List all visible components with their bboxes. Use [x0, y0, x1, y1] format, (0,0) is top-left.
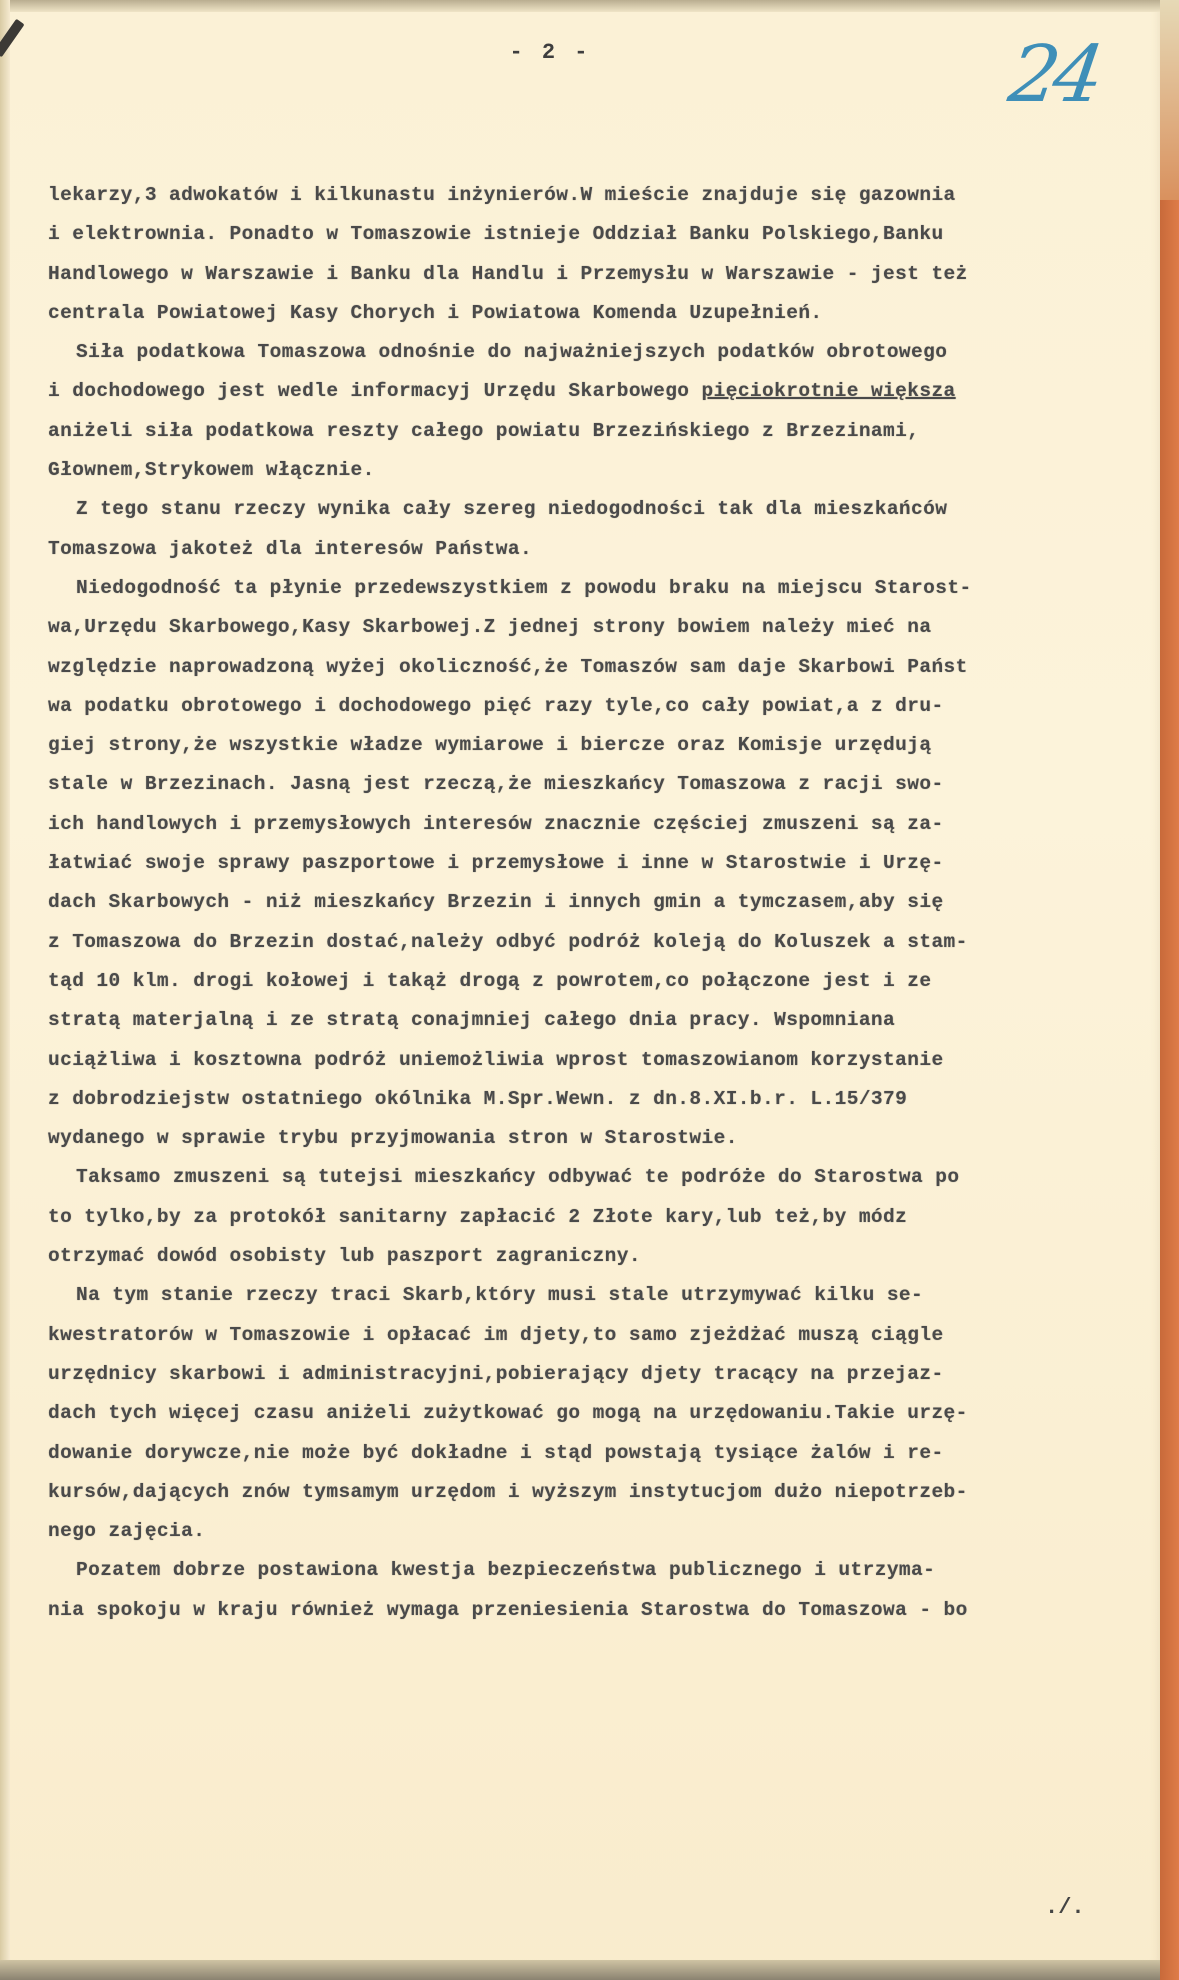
text-line-content: urzędnicy skarbowi i administracyjni,pob…	[48, 1363, 944, 1385]
text-line-content: i elektrownia. Ponadto w Tomaszowie istn…	[48, 223, 944, 245]
text-line: uciążliwa i kosztowna podróż uniemożliwi…	[48, 1041, 1148, 1080]
text-line-content: nego zajęcia.	[48, 1520, 205, 1542]
text-line: z Tomaszowa do Brzezin dostać,należy odb…	[48, 923, 1148, 962]
text-line-content: Głownem,Strykowem włącznie.	[48, 459, 375, 481]
text-line: Głownem,Strykowem włącznie.	[48, 451, 1148, 490]
typewritten-body: lekarzy,3 adwokatów i kilkunastu inżynie…	[48, 176, 1148, 1630]
text-line: lekarzy,3 adwokatów i kilkunastu inżynie…	[48, 176, 1148, 215]
text-line-content: centrala Powiatowej Kasy Chorych i Powia…	[48, 302, 823, 324]
text-line-content: z dobrodziejstw ostatniego okólnika M.Sp…	[48, 1088, 907, 1110]
text-line: Na tym stanie rzeczy traci Skarb,który m…	[48, 1276, 1148, 1315]
text-line-content: Taksamo zmuszeni są tutejsi mieszkańcy o…	[76, 1166, 959, 1188]
text-line: urzędnicy skarbowi i administracyjni,pob…	[48, 1355, 1148, 1394]
text-line: względzie naprowadzoną wyżej okoliczność…	[48, 648, 1148, 687]
text-line-content: uciążliwa i kosztowna podróż uniemożliwi…	[48, 1049, 944, 1071]
text-line-content: stratą materjalną i ze stratą conajmniej…	[48, 1009, 895, 1031]
text-line-content: względzie naprowadzoną wyżej okoliczność…	[48, 656, 968, 678]
text-line: dach tych więcej czasu aniżeli zużytkowa…	[48, 1394, 1148, 1433]
page-binding-edge	[0, 0, 10, 1980]
text-line: wa,Urzędu Skarbowego,Kasy Skarbowej.Z je…	[48, 608, 1148, 647]
text-line-content: i dochodowego jest wedle informacyj Urzę…	[48, 380, 702, 402]
text-line-content: wa podatku obrotowego i dochodowego pięć…	[48, 695, 944, 717]
text-line-content: z Tomaszowa do Brzezin dostać,należy odb…	[48, 931, 968, 953]
text-line: wydanego w sprawie trybu przyjmowania st…	[48, 1119, 1148, 1158]
text-line-content: dach tych więcej czasu aniżeli zużytkowa…	[48, 1402, 968, 1424]
text-line: kwestratorów w Tomaszowie i opłacać im d…	[48, 1316, 1148, 1355]
text-line-content: kwestratorów w Tomaszowie i opłacać im d…	[48, 1324, 944, 1346]
text-line: Z tego stanu rzeczy wynika cały szereg n…	[48, 490, 1148, 529]
page-bottom-edge	[0, 1960, 1160, 1980]
folder-edge-top	[1160, 0, 1179, 200]
text-line-content: Na tym stanie rzeczy traci Skarb,który m…	[76, 1284, 923, 1306]
text-line: i dochodowego jest wedle informacyj Urzę…	[48, 372, 1148, 411]
text-line-content: Siła podatkowa Tomaszowa odnośnie do naj…	[76, 341, 947, 363]
text-line-content: lekarzy,3 adwokatów i kilkunastu inżynie…	[48, 184, 956, 206]
text-line: centrala Powiatowej Kasy Chorych i Powia…	[48, 294, 1148, 333]
text-line: stale w Brzezinach. Jasną jest rzeczą,że…	[48, 765, 1148, 804]
text-line-content: kursów,dających znów tymsamym urzędom i …	[48, 1481, 968, 1503]
page-number: - 2 -	[505, 40, 595, 65]
text-line: kursów,dających znów tymsamym urzędom i …	[48, 1473, 1148, 1512]
text-line-content: dowanie dorywcze,nie może być dokładne i…	[48, 1442, 944, 1464]
text-line-content: Tomaszowa jakoteż dla interesów Państwa.	[48, 538, 532, 560]
text-line-content: Pozatem dobrze postawiona kwestja bezpie…	[76, 1559, 935, 1581]
text-line: otrzymać dowód osobisty lub paszport zag…	[48, 1237, 1148, 1276]
text-line-content: wa,Urzędu Skarbowego,Kasy Skarbowej.Z je…	[48, 616, 931, 638]
text-line: Taksamo zmuszeni są tutejsi mieszkańcy o…	[48, 1158, 1148, 1197]
text-line: Handlowego w Warszawie i Banku dla Handl…	[48, 255, 1148, 294]
text-line: Siła podatkowa Tomaszowa odnośnie do naj…	[48, 333, 1148, 372]
text-line-content: aniżeli siła podatkowa reszty całego pow…	[48, 420, 919, 442]
text-line: dach Skarbowych - niż mieszkańcy Brzezin…	[48, 883, 1148, 922]
text-line: Pozatem dobrze postawiona kwestja bezpie…	[48, 1551, 1148, 1590]
text-line: wa podatku obrotowego i dochodowego pięć…	[48, 687, 1148, 726]
text-line-content: Handlowego w Warszawie i Banku dla Handl…	[48, 263, 968, 285]
text-line: stratą materjalną i ze stratą conajmniej…	[48, 1001, 1148, 1040]
text-line-content: ich handlowych i przemysłowych interesów…	[48, 813, 944, 835]
text-line-content: tąd 10 klm. drogi kołowej i takąż drogą …	[48, 970, 931, 992]
text-line-content: otrzymać dowód osobisty lub paszport zag…	[48, 1245, 641, 1267]
text-line-content: stale w Brzezinach. Jasną jest rzeczą,że…	[48, 773, 944, 795]
text-line: Niedogodność ta płynie przedewszystkiem …	[48, 569, 1148, 608]
text-line-content: wydanego w sprawie trybu przyjmowania st…	[48, 1127, 738, 1149]
text-line: tąd 10 klm. drogi kołowej i takąż drogą …	[48, 962, 1148, 1001]
text-line: aniżeli siła podatkowa reszty całego pow…	[48, 412, 1148, 451]
text-line-content: Z tego stanu rzeczy wynika cały szereg n…	[76, 498, 947, 520]
document-page: - 2 - 24 lekarzy,3 adwokatów i kilkunast…	[0, 0, 1161, 1975]
text-line-content: nia spokoju w kraju również wymaga przen…	[48, 1599, 968, 1621]
page-top-edge	[0, 0, 1160, 12]
text-line: ich handlowych i przemysłowych interesów…	[48, 805, 1148, 844]
text-line: łatwiać swoje sprawy paszportowe i przem…	[48, 844, 1148, 883]
text-line: Tomaszowa jakoteż dla interesów Państwa.	[48, 530, 1148, 569]
continuation-mark: ./.	[1045, 1895, 1085, 1920]
text-line-content: łatwiać swoje sprawy paszportowe i przem…	[48, 852, 944, 874]
text-line: giej strony,że wszystkie władze wymiarow…	[48, 726, 1148, 765]
text-line: nego zajęcia.	[48, 1512, 1148, 1551]
text-line: nia spokoju w kraju również wymaga przen…	[48, 1591, 1148, 1630]
text-line: to tylko,by za protokół sanitarny zapłac…	[48, 1198, 1148, 1237]
underlined-emphasis: pięciokrotnie większa	[702, 380, 956, 402]
text-line: z dobrodziejstw ostatniego okólnika M.Sp…	[48, 1080, 1148, 1119]
text-line-content: giej strony,że wszystkie władze wymiarow…	[48, 734, 931, 756]
text-line-content: to tylko,by za protokół sanitarny zapłac…	[48, 1206, 907, 1228]
text-line: dowanie dorywcze,nie może być dokładne i…	[48, 1434, 1148, 1473]
text-line-content: dach Skarbowych - niż mieszkańcy Brzezin…	[48, 891, 944, 913]
folder-cover-edge	[1160, 200, 1179, 1980]
text-line: i elektrownia. Ponadto w Tomaszowie istn…	[48, 215, 1148, 254]
text-line-content: Niedogodność ta płynie przedewszystkiem …	[76, 577, 972, 599]
handwritten-archive-number: 24	[1004, 30, 1104, 120]
